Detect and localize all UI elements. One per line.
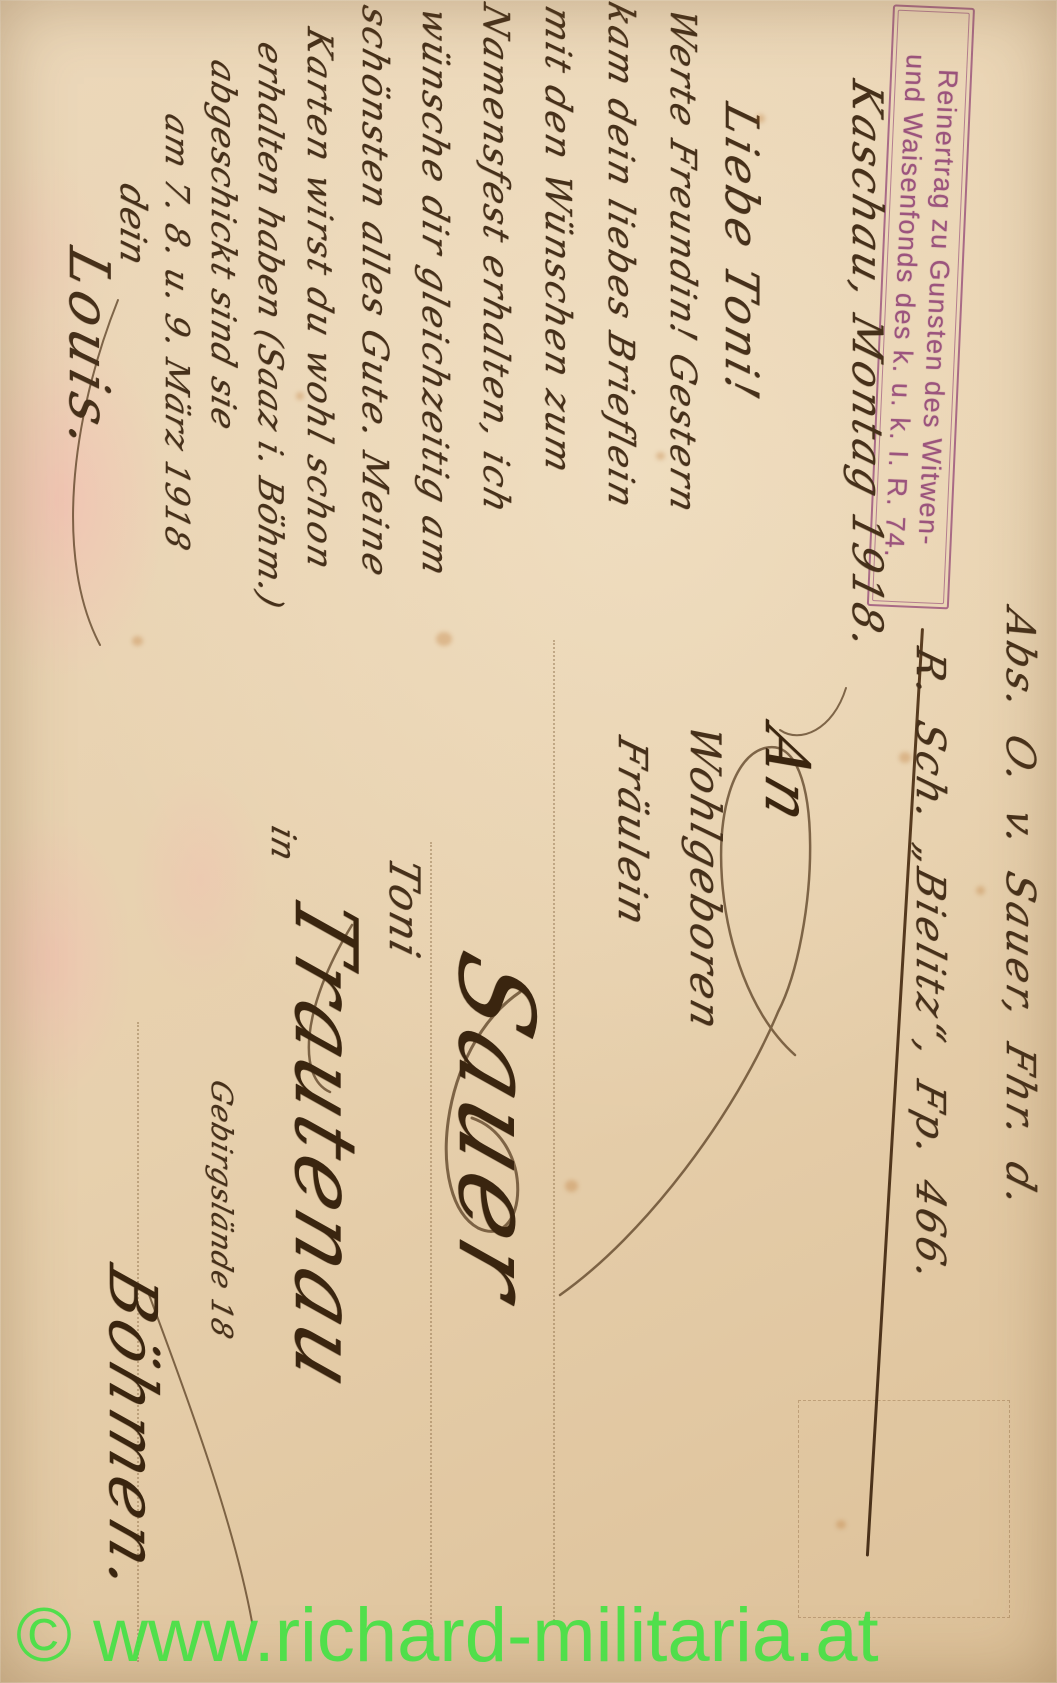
message-line: wünsche dir gleichzeitig am — [416, 4, 452, 582]
message-closing: dein — [114, 180, 150, 269]
sender-line-1: Abs. O. v. Sauer, Fhr. d. — [1000, 605, 1040, 1214]
message-line: am 7. 8. u. 9. März 1918 — [161, 111, 194, 555]
printed-address-rule — [430, 842, 432, 1642]
foxing-spot — [756, 114, 765, 123]
foxing-spot — [436, 632, 452, 646]
foxing-spot — [656, 452, 665, 460]
address-an: An — [756, 719, 818, 834]
message-dateline: Kaschau, Montag 1918. — [846, 76, 888, 656]
address-town: Trautenau — [282, 884, 368, 1404]
foxing-spot — [565, 1180, 578, 1192]
foxing-spot — [836, 1520, 846, 1529]
message-line: Karten wirst du wohl schon — [301, 24, 336, 575]
message-line: kam dein liebes Brieflein — [602, 0, 638, 513]
address-title: Fräulein — [612, 733, 652, 932]
address-region: Böhmen. — [99, 1258, 165, 1606]
postcard-scan: Reinertrag zu Gunsten des Witwen- und Wa… — [0, 0, 1057, 1683]
address-last-name: Sauer — [444, 940, 548, 1319]
sender-line-2: R. Sch. „Bielitz“, Fp. 466. — [910, 644, 950, 1288]
address-first-name: Toni — [383, 853, 425, 964]
foxing-spot — [296, 392, 304, 400]
address-street: Gebirgslände 18 — [207, 1077, 236, 1343]
message-line: mit den Wünschen zum — [539, 2, 575, 479]
dealer-watermark: © www.richard-militaria.at — [16, 1598, 879, 1674]
message-signature: Louis. — [60, 242, 116, 459]
message-line: erhalten haben (Saaz i. Böhm.) — [253, 38, 287, 612]
foxing-spot — [976, 886, 985, 895]
foxing-spot — [899, 752, 911, 763]
postage-stamp-frame — [798, 1400, 1010, 1618]
message-line: schönsten alles Gute. Meine — [356, 2, 392, 582]
message-line: Werte Freundin! Gestern — [664, 4, 700, 518]
cachet-line-1: Reinertrag zu Gunsten des Witwen- — [911, 69, 965, 547]
message-line: Namensfest erhalten, ich — [477, 0, 513, 518]
address-preposition: in — [266, 822, 300, 865]
message-line: abgeschickt sind sie — [206, 56, 240, 434]
message-salutation: Liebe Toni! — [719, 99, 765, 407]
address-honorific: Wohlgeboren — [684, 720, 726, 1036]
foxing-spot — [132, 636, 143, 646]
